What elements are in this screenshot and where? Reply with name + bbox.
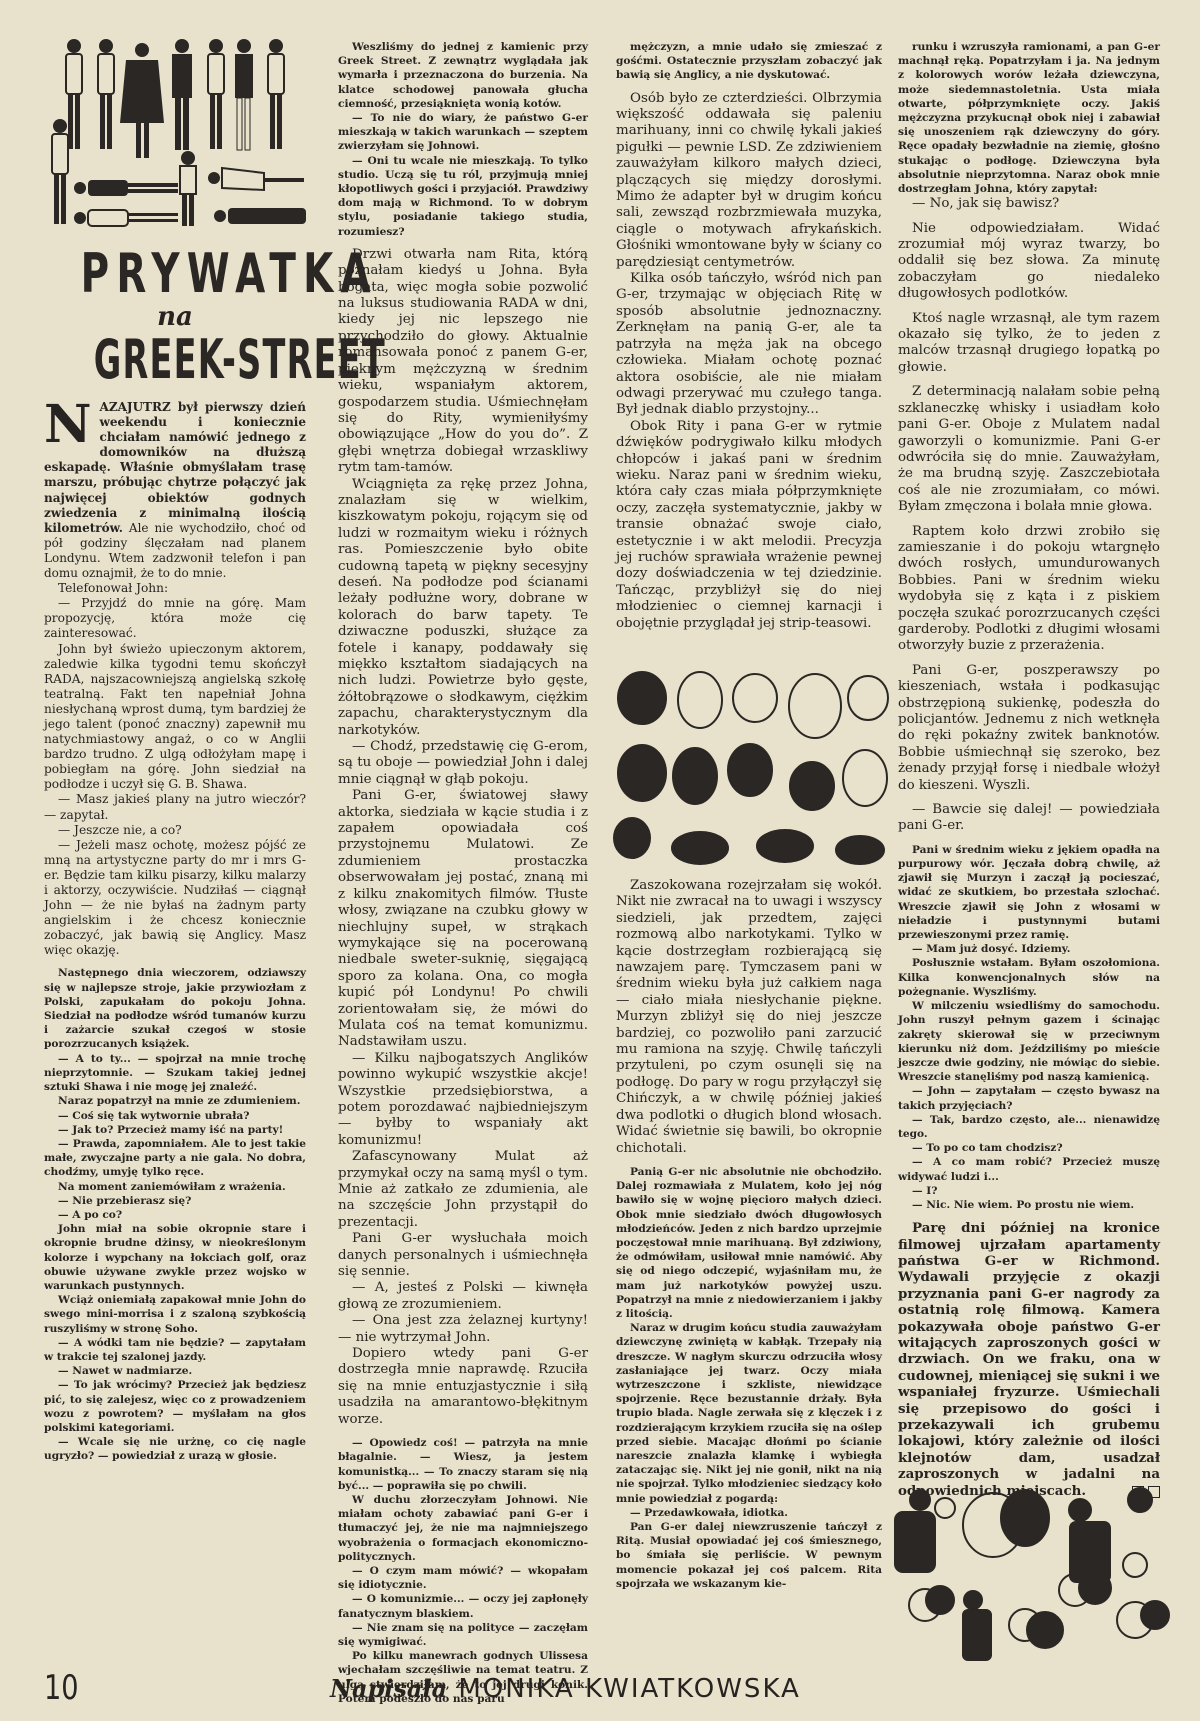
paragraph: Obok Rity i pana G-er w rytmie dźwięków …: [616, 419, 882, 632]
paragraph: W duchu złorzeczyłam Johnowi. Nie miałam…: [338, 1493, 588, 1564]
paragraph: runku i wzruszyła ramionami, a pan G-er …: [898, 40, 1160, 196]
paragraph: Naraz w drugim końcu studia zauważyłam d…: [616, 1321, 882, 1506]
paragraph: Telefonował John:: [44, 581, 306, 596]
paragraph: — Masz jakieś plany na jutro wieczór? — …: [44, 792, 306, 822]
paragraph: — Chodź, przedstawię cię G-erom, są tu o…: [338, 739, 588, 788]
paragraph: Osób było ze czterdzieści. Olbrzymia wię…: [616, 91, 882, 271]
byline: Napisała MONIKA KWIATKOWSKA: [330, 1674, 801, 1704]
paragraph: Panią G-er nic absolutnie nie obchodziło…: [616, 1165, 882, 1321]
column-2: Weszliśmy do jednej z kamienic przy Gree…: [338, 40, 588, 1706]
paragraph: W milczeniu wsiedliśmy do samochodu. Joh…: [898, 999, 1160, 1084]
paragraph: — O czym mam mówić? — wkopałam się idiot…: [338, 1564, 588, 1592]
paragraph: — Coś się tak wytwornie ubrała?: [44, 1109, 306, 1123]
dancing-couples-illustration: [885, 1480, 1175, 1680]
paragraph: — Nie przebierasz się?: [44, 1194, 306, 1208]
author-name: MONIKA KWIATKOWSKA: [458, 1674, 801, 1704]
paragraph: — Kilku najbogatszych Anglików powinno w…: [338, 1051, 588, 1149]
paragraph: — Jak to? Przecież mamy iść na party!: [44, 1123, 306, 1137]
paragraph: — Oni tu wcale nie mieszkają. To tylko s…: [338, 154, 588, 239]
paragraph: — Tak, bardzo często, ale... nienawidzę …: [898, 1113, 1160, 1141]
paragraph: Pan G-er dalej niewzruszenie tańczył z R…: [616, 1520, 882, 1591]
column-4: runku i wzruszyła ramionami, a pan G-er …: [898, 40, 1160, 1502]
paragraph: — Mam już dosyć. Idziemy.: [898, 942, 1160, 956]
paragraph: — Nie znam się na polityce — zaczęłam si…: [338, 1621, 588, 1649]
men-in-suits-illustration: [44, 28, 306, 228]
paragraph: — Przedawkowała, idiotka.: [616, 1506, 882, 1520]
paragraph: Pani G-er, poszperawszy po kieszeniach, …: [898, 663, 1160, 794]
womens-faces-illustration: [600, 668, 890, 868]
title-na: na: [44, 303, 306, 331]
paragraph: Z determinacją nalałam sobie pełną szkla…: [898, 384, 1160, 515]
paragraph: — Nawet w nadmiarze.: [44, 1364, 306, 1378]
paragraph: — Przyjdź do mnie na górę. Mam propozycj…: [44, 596, 306, 641]
paragraph: — I?: [898, 1184, 1160, 1198]
paragraph: — Ona jest zza żelaznej kurtyny! — nie w…: [338, 1313, 588, 1346]
paragraph: Dopiero wtedy pani G-er dostrzegła mnie …: [338, 1346, 588, 1428]
byline-label: Napisała: [330, 1674, 447, 1703]
paragraph: John miał na sobie okropnie stare i okro…: [44, 1222, 306, 1293]
paragraph: Pani w średnim wieku z jękiem opadła na …: [898, 843, 1160, 942]
page-number: 10: [44, 1668, 79, 1708]
paragraph: John był świeżo upieczonym aktorem, zale…: [44, 642, 306, 793]
paragraph: — John — zapytałam — często bywasz na ta…: [898, 1084, 1160, 1112]
paragraph: — To po co tam chodzisz?: [898, 1141, 1160, 1155]
paragraph: Wciąż oniemiałą zapakował mnie John do s…: [44, 1293, 306, 1336]
paragraph: — A po co?: [44, 1208, 306, 1222]
drop-cap: N: [44, 402, 92, 448]
paragraph: — To jak wrócimy? Przecież jak będziesz …: [44, 1378, 306, 1435]
paragraph: Posłusznie wstałam. Byłam oszołomiona. K…: [898, 956, 1160, 999]
paragraph: Kilka osób tańczyło, wśród nich pan G-er…: [616, 271, 882, 419]
paragraph: — To nie do wiary, że państwo G-er miesz…: [338, 111, 588, 154]
paragraph: Parę dni później na kronice filmowej ujr…: [898, 1220, 1160, 1499]
paragraph: Nie odpowiedziałam. Widać zrozumiał mój …: [898, 221, 1160, 303]
paragraph: Pani G-er wysłuchała moich danych person…: [338, 1231, 588, 1280]
paragraph: Drzwi otwarła nam Rita, którą poznałam k…: [338, 247, 588, 477]
paragraph: — No, jak się bawisz?: [898, 196, 1160, 212]
paragraph: — Wcale się nie urżnę, co cię nagle ugry…: [44, 1435, 306, 1463]
paragraph: — Opowiedz coś! — patrzyła na mnie błaga…: [338, 1436, 588, 1493]
paragraph: Zafascynowany Mulat aż przymykał oczy na…: [338, 1149, 588, 1231]
paragraph: — Nic. Nie wiem. Po prostu nie wiem.: [898, 1198, 1160, 1212]
paragraph: — Prawda, zapomniałem. Ale to jest takie…: [44, 1137, 306, 1180]
paragraph: Ktoś nagle wrzasnął, ale tym razem okaza…: [898, 311, 1160, 377]
lead-paragraph: NAZAJUTRZ był pierwszy dzień weekendu i …: [44, 400, 306, 581]
paragraph: — A co mam robić? Przecież muszę widywać…: [898, 1155, 1160, 1183]
paragraph: Na moment zaniemówiłam z wrażenia.: [44, 1180, 306, 1194]
paragraph: — A to ty... — spojrzał na mnie trochę n…: [44, 1052, 306, 1095]
article-title: PRYWATKA na GREEK-STREET: [44, 245, 306, 389]
paragraph: — Bawcie się dalej! — powiedziała pani G…: [898, 802, 1160, 835]
paragraph: — A, jesteś z Polski — kiwnęła głową ze …: [338, 1280, 588, 1313]
column-3: mężczyzn, a mnie udało się zmieszać z go…: [616, 40, 882, 632]
paragraph: Zaszokowana rozejrzałam się wokół. Nikt …: [616, 878, 882, 1157]
column-3-continued: Zaszokowana rozejrzałam się wokół. Nikt …: [616, 878, 882, 1591]
title-prywatka: PRYWATKA: [81, 245, 270, 303]
paragraph: Weszliśmy do jednej z kamienic przy Gree…: [338, 40, 588, 111]
paragraph: — A wódki tam nie będzie? — zapytałam w …: [44, 1336, 306, 1364]
magazine-page: PRYWATKA na GREEK-STREET NAZAJUTRZ był p…: [0, 0, 1200, 1721]
paragraph: Raptem koło drzwi zrobiło się zamieszani…: [898, 524, 1160, 655]
paragraph: — Jeszcze nie, a co?: [44, 823, 306, 838]
paragraph: — O komunizmie... — oczy jej zapłonęły f…: [338, 1592, 588, 1620]
title-greek-street: GREEK-STREET: [94, 331, 256, 389]
paragraph: Następnego dnia wieczorem, odziawszy się…: [44, 966, 306, 1051]
column-1: NAZAJUTRZ był pierwszy dzień weekendu i …: [44, 400, 306, 1464]
paragraph: Naraz popatrzył na mnie ze zdumieniem.: [44, 1094, 306, 1108]
paragraph: Wciągnięta za rękę przez Johna, znalazła…: [338, 477, 588, 740]
paragraph: Pani G-er, światowej sławy aktorka, sied…: [338, 788, 588, 1051]
paragraph: — Jeżeli masz ochotę, możesz pójść ze mn…: [44, 838, 306, 959]
paragraph: mężczyzn, a mnie udało się zmieszać z go…: [616, 40, 882, 83]
